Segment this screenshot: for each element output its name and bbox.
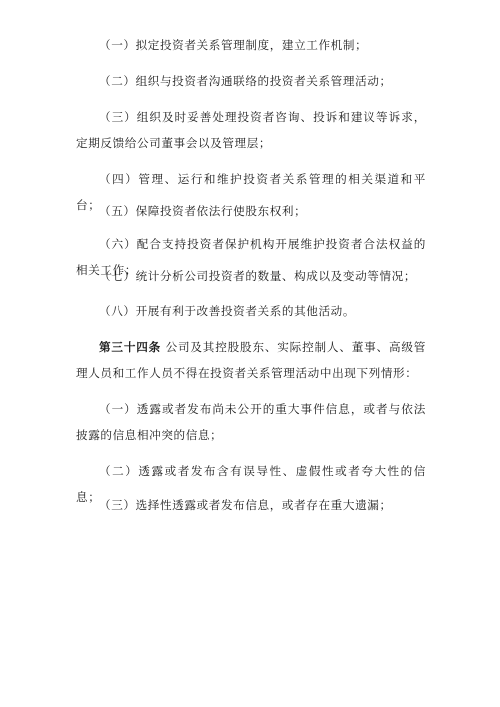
list-item: （一）透露或者发布尚未公开的重大事件信息，或者与依法披露的信息相冲突的信息； — [76, 396, 426, 448]
paragraph-text: （二）组织与投资者沟通联络的投资者关系管理活动； — [99, 74, 392, 88]
list-item: （一）拟定投资者关系管理制度，建立工作机制； — [76, 32, 426, 58]
list-item: （七）统计分析公司投资者的数量、构成以及变动等情况； — [76, 263, 426, 289]
paragraph-text: （一）拟定投资者关系管理制度，建立工作机制； — [99, 38, 367, 52]
list-item: （八）开展有利于改善投资者关系的其他活动。 — [76, 298, 426, 324]
article-heading: 第三十四条 — [99, 340, 161, 354]
paragraph-text: （三）组织及时妥善处理投资者咨询、投诉和建议等诉求，定期反馈给公司董事会以及管理… — [76, 110, 426, 150]
list-item: （五）保障投资者依法行使股东权利； — [76, 198, 426, 224]
paragraph-text: （五）保障投资者依法行使股东权利； — [99, 204, 306, 218]
paragraph-text: （七）统计分析公司投资者的数量、构成以及变动等情况； — [99, 269, 416, 283]
paragraph-text: （一）透露或者发布尚未公开的重大事件信息，或者与依法披露的信息相冲突的信息； — [76, 402, 426, 442]
list-item: （三）组织及时妥善处理投资者咨询、投诉和建议等诉求，定期反馈给公司董事会以及管理… — [76, 104, 426, 156]
paragraph-text: （三）选择性透露或者发布信息，或者存在重大遗漏； — [99, 498, 392, 512]
article-paragraph: 第三十四条 公司及其控股股东、实际控制人、董事、高级管理人员和工作人员不得在投资… — [76, 334, 426, 386]
list-item: （二）组织与投资者沟通联络的投资者关系管理活动； — [76, 68, 426, 94]
list-item: （三）选择性透露或者发布信息，或者存在重大遗漏； — [76, 492, 426, 518]
document-page: （一）拟定投资者关系管理制度，建立工作机制； （二）组织与投资者沟通联络的投资者… — [0, 0, 500, 707]
paragraph-text: （八）开展有利于改善投资者关系的其他活动。 — [99, 304, 355, 318]
